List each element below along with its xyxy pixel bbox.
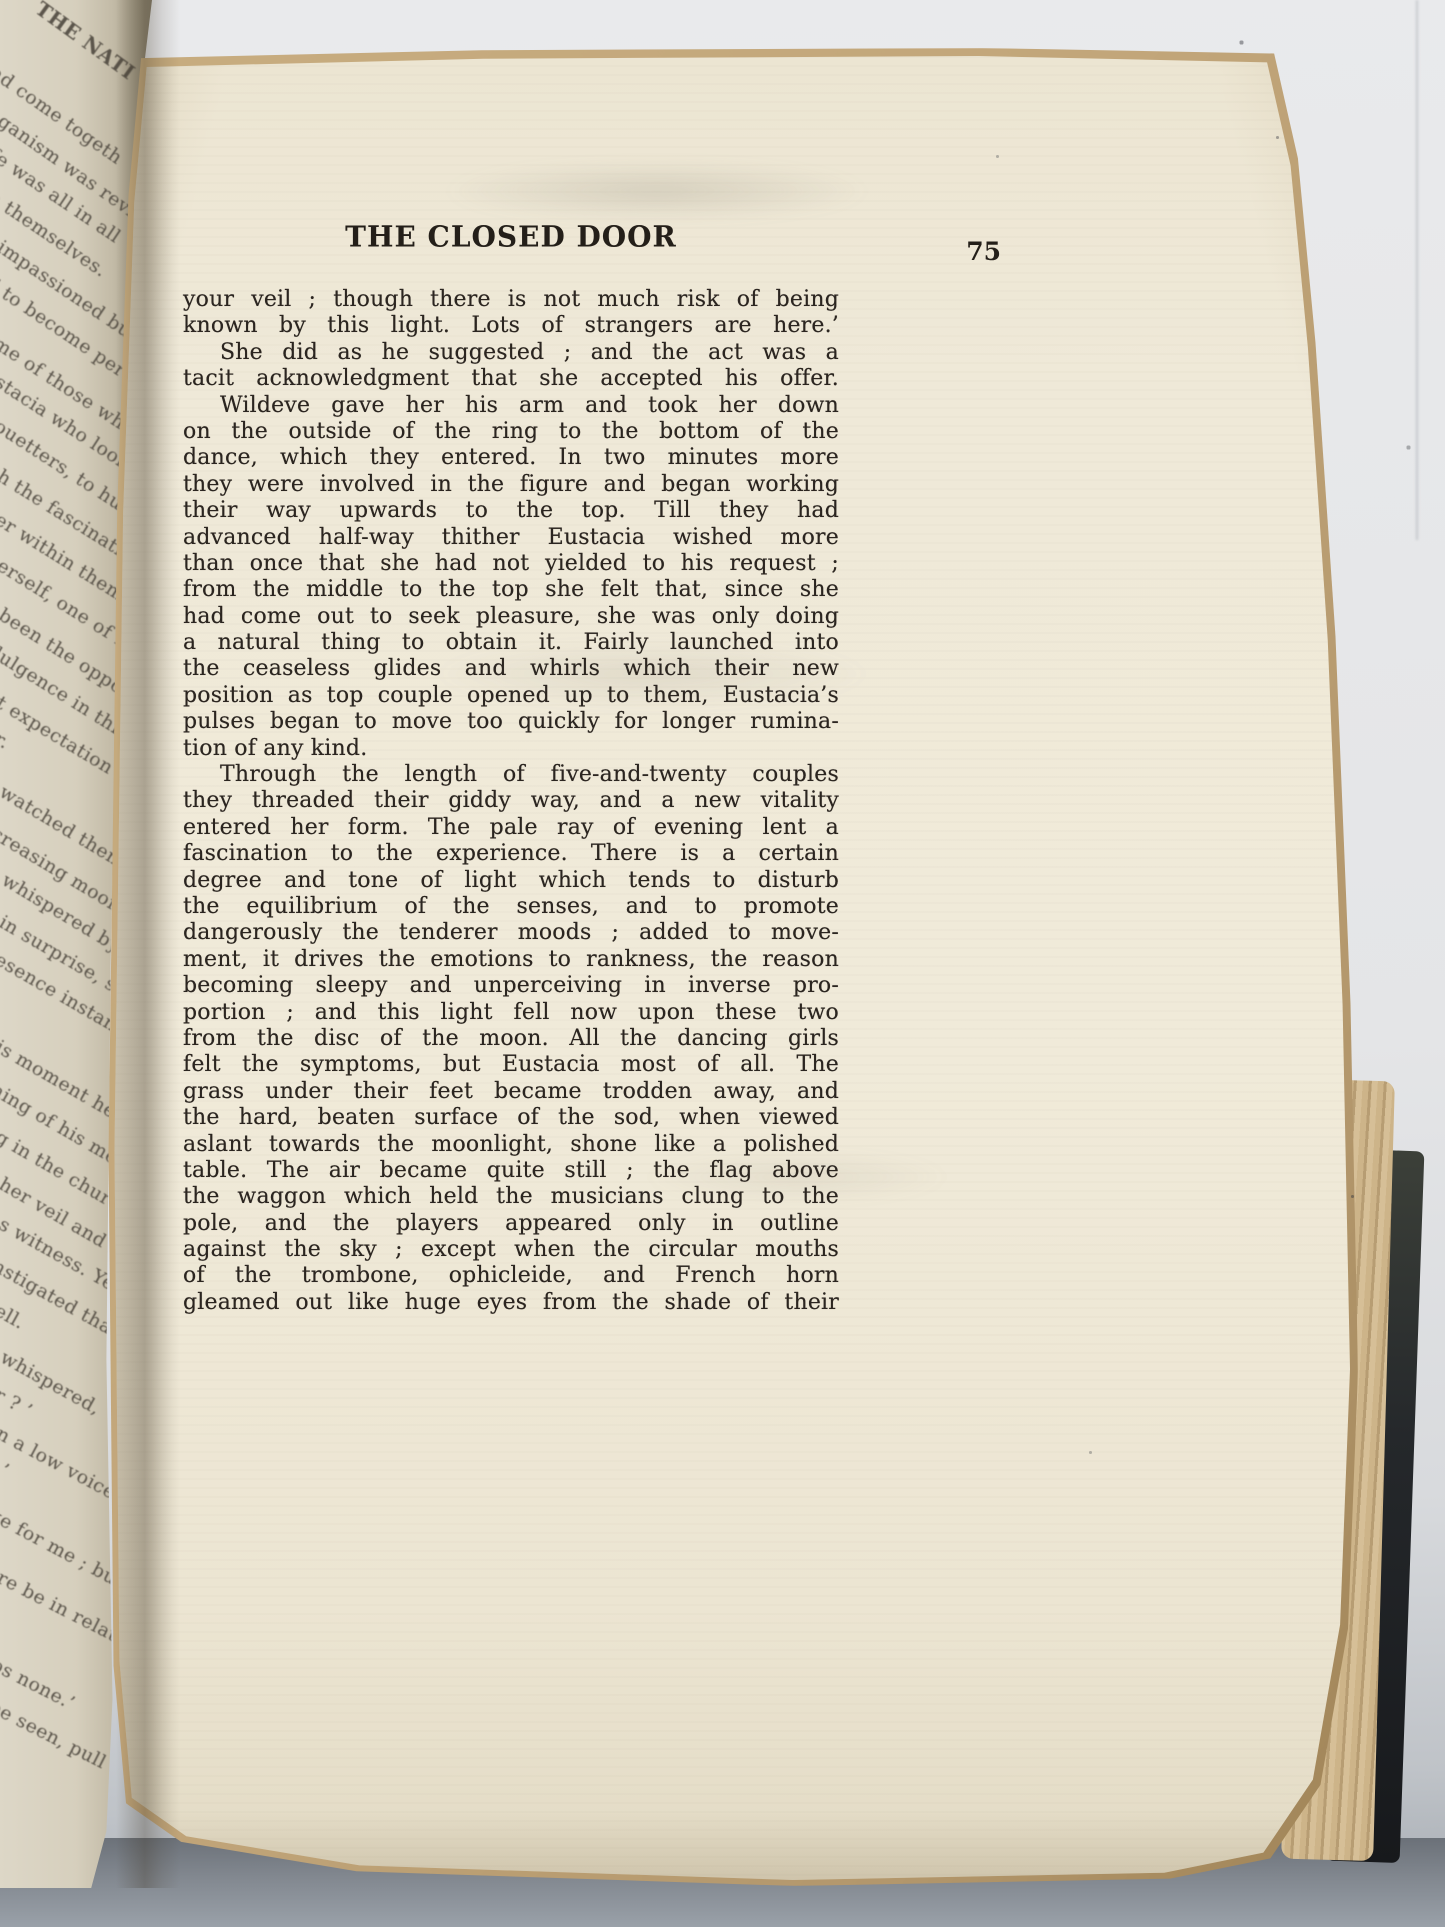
- text-line: fascination to the experience. There is …: [183, 841, 839, 867]
- book-photo-scene: THE NATIhad come togethPaganism was revi…: [0, 0, 1445, 1927]
- text-line: from the disc of the moon. All the danci…: [183, 1026, 839, 1052]
- text-line: had come out to seek pleasure, she was o…: [183, 604, 839, 630]
- text-line: their way upwards to the top. Till they …: [183, 498, 839, 524]
- text-line: they threaded their giddy way, and a new…: [183, 788, 839, 814]
- text-line: gleamed out like huge eyes from the shad…: [183, 1290, 839, 1316]
- text-line: table. The air became quite still ; the …: [183, 1158, 839, 1184]
- text-line: than once that she had not yielded to hi…: [183, 551, 839, 577]
- text-line: degree and tone of light which tends to …: [183, 868, 839, 894]
- text-line: the equilibrium of the senses, and to pr…: [183, 894, 839, 920]
- text-line: position as top couple opened up to them…: [183, 683, 839, 709]
- text-line: the ceaseless glides and whirls which th…: [183, 656, 839, 682]
- text-line: portion ; and this light fell now upon t…: [183, 1000, 839, 1026]
- text-line: a natural thing to obtain it. Fairly lau…: [183, 630, 839, 656]
- text-line: tacit acknowledgment that she accepted h…: [183, 366, 839, 392]
- text-line: dance, which they entered. In two minute…: [183, 445, 839, 471]
- text-line: of the trombone, ophicleide, and French …: [183, 1263, 839, 1289]
- text-line: on the outside of the ring to the bottom…: [183, 419, 839, 445]
- text-line: aslant towards the moonlight, shone like…: [183, 1132, 839, 1158]
- text-line: tion of any kind.: [183, 736, 839, 762]
- printed-content: THE CLOSED DOOR 75 your veil ; though th…: [0, 0, 1445, 1927]
- text-line: grass under their feet became trodden aw…: [183, 1079, 839, 1105]
- text-line: known by this light. Lots of strangers a…: [183, 313, 839, 339]
- text-line: from the middle to the top she felt that…: [183, 577, 839, 603]
- text-line: pulses began to move too quickly for lon…: [183, 709, 839, 735]
- text-line: entered her form. The pale ray of evenin…: [183, 815, 839, 841]
- text-line: She did as he suggested ; and the act wa…: [183, 340, 839, 366]
- page-body: your veil ; though there is not much ris…: [183, 287, 839, 1316]
- text-line: Through the length of five-and-twenty co…: [183, 762, 839, 788]
- text-line: the waggon which held the musicians clun…: [183, 1184, 839, 1210]
- text-line: felt the symptoms, but Eustacia most of …: [183, 1052, 839, 1078]
- text-line: dangerously the tenderer moods ; added t…: [183, 920, 839, 946]
- text-line: Wildeve gave her his arm and took her do…: [183, 393, 839, 419]
- text-line: they were involved in the figure and beg…: [183, 472, 839, 498]
- text-line: advanced half-way thither Eustacia wishe…: [183, 525, 839, 551]
- text-line: becoming sleepy and unperceiving in inve…: [183, 973, 839, 999]
- text-line: ment, it drives the emotions to rankness…: [183, 947, 839, 973]
- page-number: 75: [183, 237, 1001, 266]
- text-line: against the sky ; except when the circul…: [183, 1237, 839, 1263]
- text-line: pole, and the players appeared only in o…: [183, 1211, 839, 1237]
- text-line: the hard, beaten surface of the sod, whe…: [183, 1105, 839, 1131]
- text-line: your veil ; though there is not much ris…: [183, 287, 839, 313]
- dust-specks: [0, 0, 1, 1]
